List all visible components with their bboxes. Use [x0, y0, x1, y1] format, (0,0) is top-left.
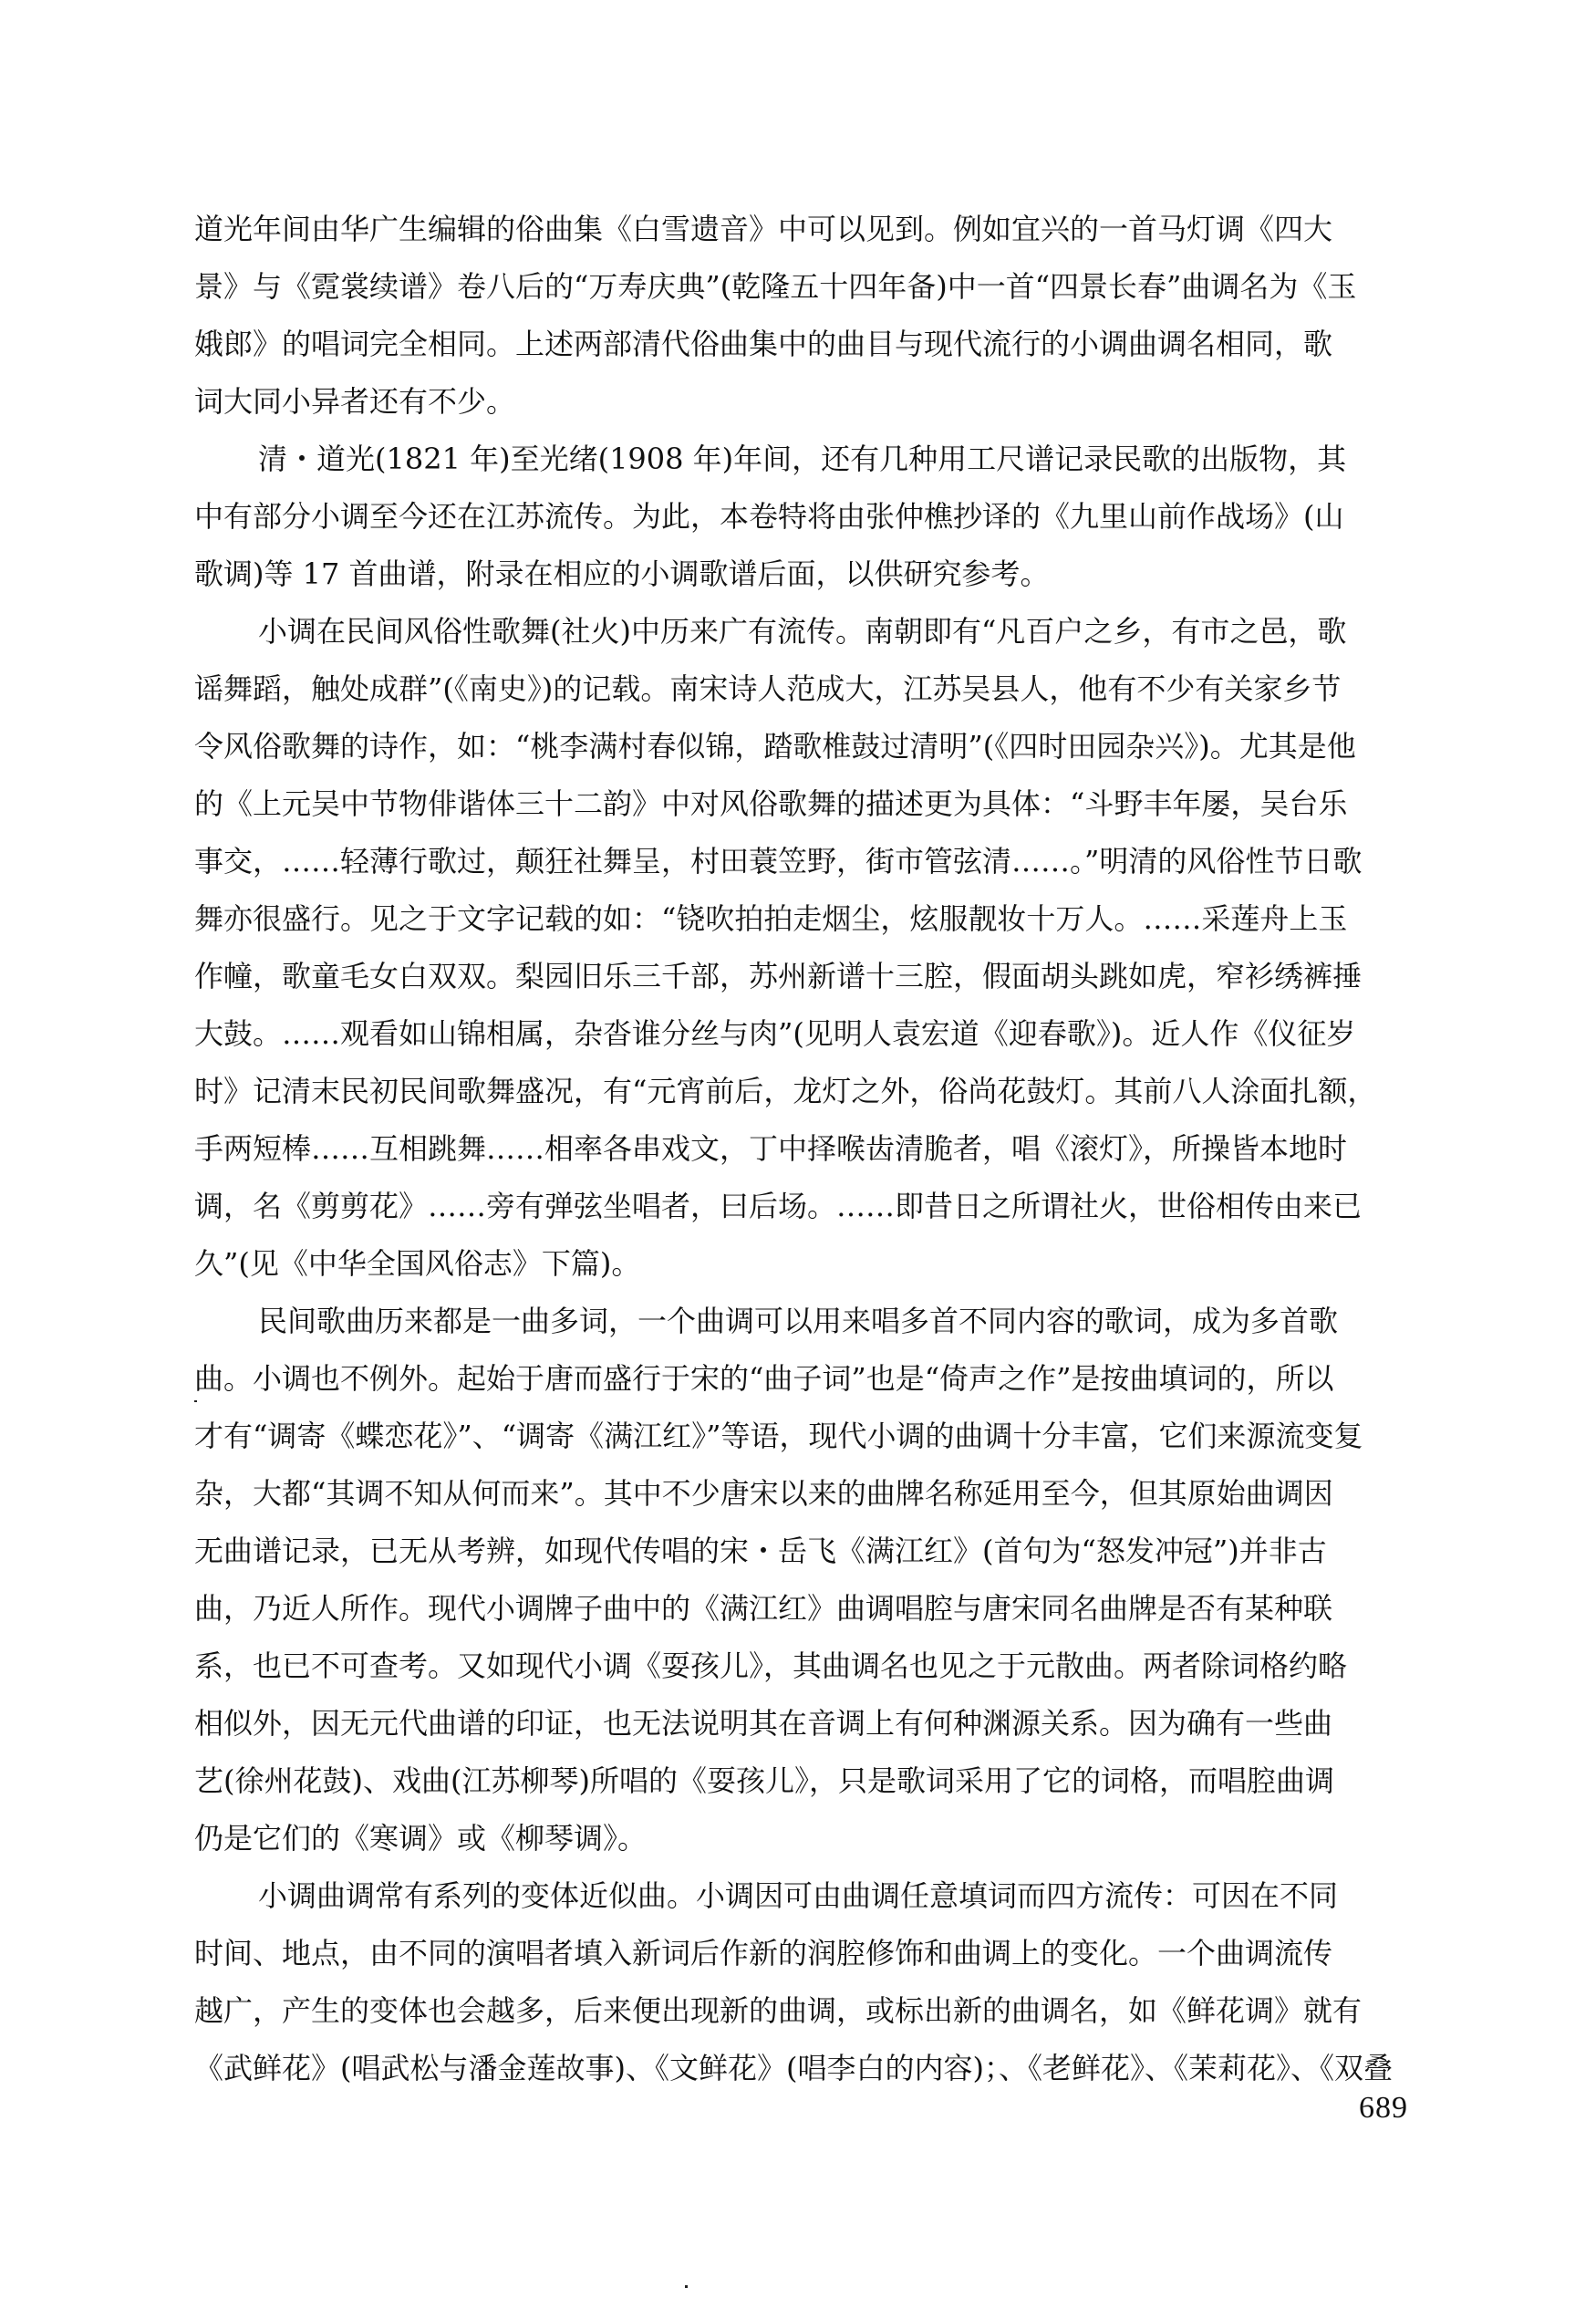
text-line: 小调曲调常有系列的变体近似曲。小调因可由曲调任意填词而四方流传：可因在不同	[194, 1875, 1421, 1932]
scan-artifact-dot	[194, 1400, 197, 1402]
text-line: 作幢，歌童毛女白双双。梨园旧乐三千部，苏州新谱十三腔，假面胡头跳如虎，窄衫绣裤捶	[194, 955, 1421, 1013]
text-line: 手两短棒……互相跳舞……相率各串戏文，丁中择喉齿清脆者，唱《滚灯》，所操皆本地时	[194, 1128, 1421, 1185]
text-line: 越广，产生的变体也会越多，后来便出现新的曲调，或标出新的曲调名，如《鲜花调》就有	[194, 1990, 1421, 2047]
text-line: 大鼓。……观看如山锦相属，杂沓谁分丝与肉”(见明人袁宏道《迎春歌》)。近人作《仪…	[194, 1013, 1421, 1070]
text-line: 久”(见《中华全国风俗志》下篇)。	[194, 1243, 1421, 1300]
text-line: 事交，……轻薄行歌过，颠狂社舞呈，村田蓑笠野，街市管弦清……。”明清的风俗性节日…	[194, 840, 1421, 898]
text-line: 系，也已不可查考。又如现代小调《耍孩儿》，其曲调名也见之于元散曲。两者除词格约略	[194, 1645, 1421, 1702]
text-line: 时》记清末民初民间歌舞盛况，有“元宵前后，龙灯之外，俗尚花鼓灯。其前八人涂面扎额…	[194, 1070, 1421, 1128]
text-line: 时间、地点，由不同的演唱者填入新词后作新的润腔修饰和曲调上的变化。一个曲调流传	[194, 1932, 1421, 1990]
text-line: 中有部分小调至今还在江苏流传。为此，本卷特将由张仲樵抄译的《九里山前作战场》(山	[194, 495, 1421, 553]
text-line: 无曲谱记录，已无从考辨，如现代传唱的宋・岳飞《满江红》(首句为“怒发冲冠”)并非…	[194, 1530, 1421, 1587]
paragraph-2: 清・道光(1821 年)至光绪(1908 年)年间，还有几种用工尺谱记录民歌的出…	[194, 438, 1421, 610]
text-line: 的《上元吴中节物俳谐体三十二韵》中对风俗歌舞的描述更为具体：“斗野丰年屡，吴台乐	[194, 783, 1421, 840]
text-line: 民间歌曲历来都是一曲多词，一个曲调可以用来唱多首不同内容的歌词，成为多首歌	[194, 1300, 1421, 1357]
text-line: 才有“调寄《蝶恋花》”、“调寄《满江红》”等语，现代小调的曲调十分丰富，它们来源…	[194, 1415, 1421, 1472]
paragraph-5: 小调曲调常有系列的变体近似曲。小调因可由曲调任意填词而四方流传：可因在不同 时间…	[194, 1875, 1421, 2105]
text-line: 艺(徐州花鼓)、戏曲(江苏柳琴)所唱的《耍孩儿》，只是歌词采用了它的词格，而唱腔…	[194, 1760, 1421, 1817]
text-line: 杂，大都“其调不知从何而来”。其中不少唐宋以来的曲牌名称延用至今，但其原始曲调因	[194, 1472, 1421, 1530]
text-line: 娥郎》的唱词完全相同。上述两部清代俗曲集中的曲目与现代流行的小调曲调名相同，歌	[194, 323, 1421, 380]
text-line: 曲，乃近人所作。现代小调牌子曲中的《满江红》曲调唱腔与唐宋同名曲牌是否有某种联	[194, 1587, 1421, 1645]
text-line: 《武鲜花》(唱武松与潘金莲故事)、《文鲜花》(唱李白的内容)；、《老鲜花》、《茉…	[194, 2047, 1421, 2105]
text-line: 道光年间由华广生编辑的俗曲集《白雪遗音》中可以见到。例如宜兴的一首马灯调《四大	[194, 208, 1421, 265]
text-line: 仍是它们的《寒调》或《柳琴调》。	[194, 1817, 1421, 1875]
text-line: 歌调)等 17 首曲谱，附录在相应的小调歌谱后面，以供研究参考。	[194, 553, 1421, 610]
text-line: 曲。小调也不例外。起始于唐而盛行于宋的“曲子词”也是“倚声之作”是按曲填词的，所…	[194, 1357, 1421, 1415]
page-number: 689	[1359, 2091, 1408, 2126]
paragraph-1: 道光年间由华广生编辑的俗曲集《白雪遗音》中可以见到。例如宜兴的一首马灯调《四大 …	[194, 208, 1421, 438]
scan-artifact-dot	[685, 2285, 688, 2288]
text-line: 谣舞蹈，触处成群”(《南史》)的记载。南宋诗人范成大，江苏吴县人，他有不少有关家…	[194, 668, 1421, 725]
paragraph-3: 小调在民间风俗性歌舞(社火)中历来广有流传。南朝即有“凡百户之乡，有市之邑，歌 …	[194, 610, 1421, 1300]
text-line: 相似外，因无元代曲谱的印证，也无法说明其在音调上有何种渊源关系。因为确有一些曲	[194, 1702, 1421, 1760]
text-line: 小调在民间风俗性歌舞(社火)中历来广有流传。南朝即有“凡百户之乡，有市之邑，歌	[194, 610, 1421, 668]
text-line: 词大同小异者还有不少。	[194, 380, 1421, 438]
paragraph-4: 民间歌曲历来都是一曲多词，一个曲调可以用来唱多首不同内容的歌词，成为多首歌 曲。…	[194, 1300, 1421, 1875]
text-line: 景》与《霓裳续谱》卷八后的“万寿庆典”(乾隆五十四年备)中一首“四景长春”曲调名…	[194, 265, 1421, 323]
body-text: 道光年间由华广生编辑的俗曲集《白雪遗音》中可以见到。例如宜兴的一首马灯调《四大 …	[194, 208, 1421, 2105]
text-line: 舞亦很盛行。见之于文字记载的如：“铙吹拍拍走烟尘，炫服靓妆十万人。……采莲舟上玉	[194, 898, 1421, 955]
text-line: 清・道光(1821 年)至光绪(1908 年)年间，还有几种用工尺谱记录民歌的出…	[194, 438, 1421, 495]
text-line: 令风俗歌舞的诗作，如：“桃李满村春似锦，踏歌椎鼓过清明”(《四时田园杂兴》)。尤…	[194, 725, 1421, 783]
scanned-book-page: 道光年间由华广生编辑的俗曲集《白雪遗音》中可以见到。例如宜兴的一首马灯调《四大 …	[0, 0, 1596, 2298]
text-line: 调，名《剪剪花》……旁有弹弦坐唱者，曰后场。……即昔日之所谓社火，世俗相传由来已	[194, 1185, 1421, 1243]
